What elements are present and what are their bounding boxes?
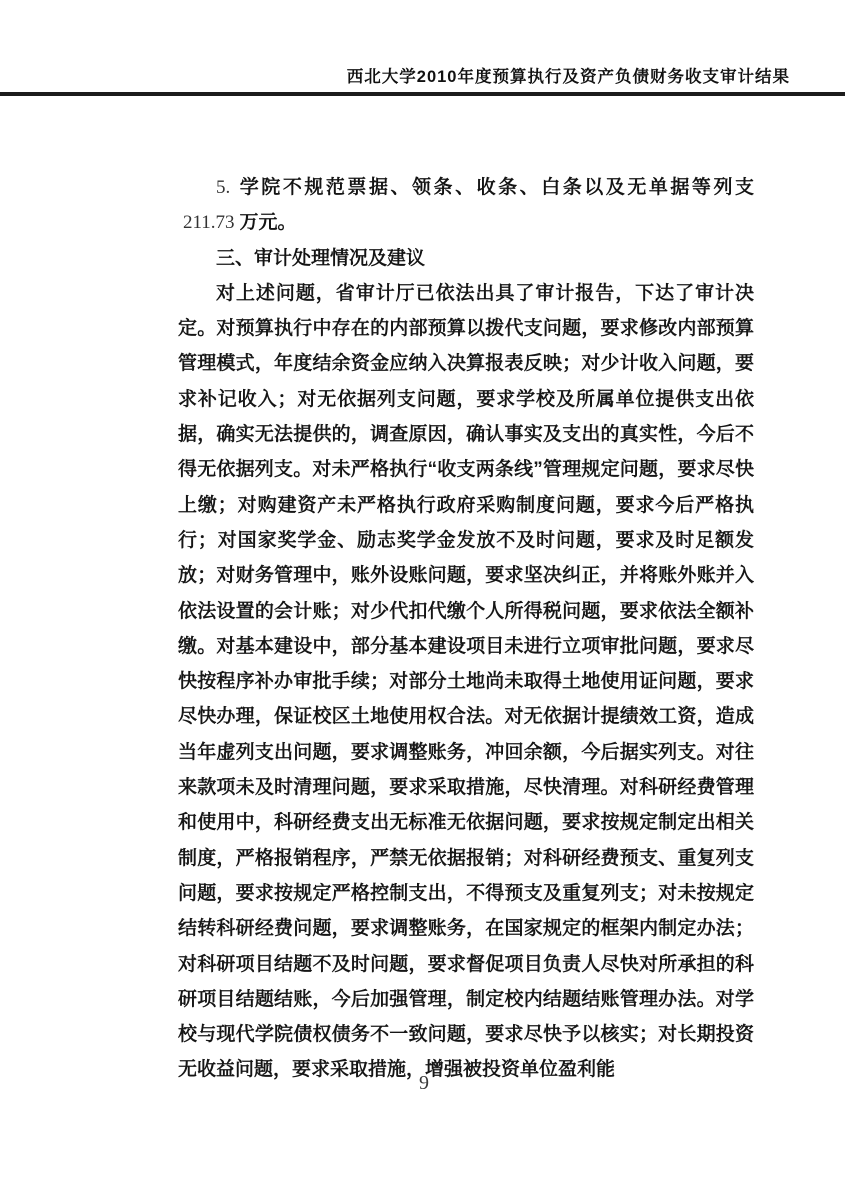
amount-value: 211.73 — [183, 212, 235, 233]
item-5-text-end: 万元。 — [240, 212, 297, 233]
item-number: 5. — [216, 177, 230, 198]
document-body: 5.学院不规范票据、领条、收条、白条以及无单据等列支211.73万元。 三、审计… — [178, 170, 754, 1088]
item-5-text: 学院不规范票据、领条、收条、白条以及无单据等列支 — [237, 177, 754, 198]
section-heading: 三、审计处理情况及建议 — [178, 241, 754, 276]
list-item-5: 5.学院不规范票据、领条、收条、白条以及无单据等列支211.73万元。 — [178, 170, 754, 241]
document-page: 西北大学2010年度预算执行及资产负债财务收支审计结果 5.学院不规范票据、领条… — [0, 0, 848, 1200]
header-rule — [0, 92, 845, 96]
running-head-title: 西北大学2010年度预算执行及资产负债财务收支审计结果 — [347, 63, 790, 87]
page-number: 9 — [0, 1072, 848, 1095]
body-paragraph: 对上述问题，省审计厅已依法出具了审计报告，下达了审计决定。对预算执行中存在的内部… — [178, 276, 754, 1088]
